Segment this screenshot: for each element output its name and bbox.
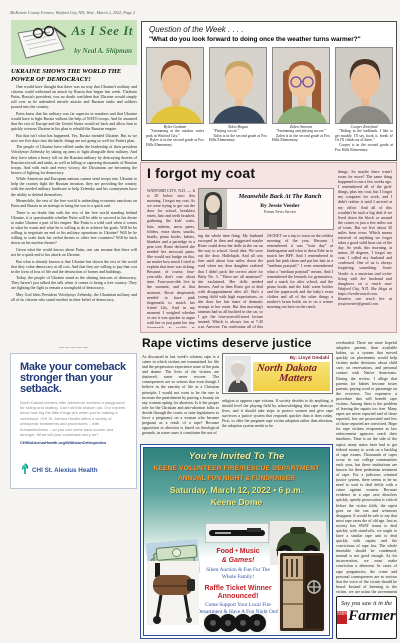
veeder-column-panel: I forgot my coat WATFORD CITY, N.D. — It… — [140, 162, 397, 333]
qow-question: "What do you look forward to doing once … — [149, 36, 361, 43]
respondent-photo — [272, 47, 330, 124]
editorial-paragraph: While American and European nations cann… — [11, 176, 137, 196]
omdahl-col-1: As discussed in last week's column, rape… — [142, 354, 219, 441]
respondent-card: Talon Hagan "Playing soccer." Talon is i… — [209, 47, 267, 153]
veeder-col-3: JACKET on a trip to town on the coldest … — [267, 233, 333, 328]
page-folio-line: McKenzie County Farmer, Watford City, ND… — [10, 10, 135, 15]
keene-silent-auction-line: Silent Auction & Fun For The Whole Famil… — [199, 567, 277, 580]
editorial-paragraph: Given what the world knows about Putin, … — [11, 247, 137, 257]
respondent-card: Cooper Zwiefend "Riding in the badlands.… — [335, 47, 393, 153]
question-of-week-box: Question of the Week . . . . "What do yo… — [141, 21, 397, 161]
chi-health-ad: Make your comeback stronger than your se… — [10, 353, 137, 489]
veeder-bio: Jessie Veeder is a musician and writer l… — [338, 265, 392, 306]
keene-games-line: & Games! — [203, 557, 273, 564]
editorial-paragraph: The people of Ukraine have rallied under… — [11, 144, 137, 174]
newspaper-pen-icon — [14, 23, 70, 67]
veeder-col-1: WATFORD CITY, N.D. — It is 20 below zero… — [147, 188, 195, 328]
chi-logo-text: CHI St. Alexius Health — [32, 467, 98, 474]
newspaper-page: McKenzie County Farmer, Watford City, ND… — [0, 0, 400, 643]
veeder-column-header: Meanwhile Back At The Ranch By Jessie Ve… — [198, 188, 334, 230]
qow-title: Question of the Week . . . . — [149, 25, 244, 34]
editorial-paragraph: May God bless President Volodymyr Zelens… — [11, 292, 137, 302]
respondent-photo — [335, 47, 393, 124]
omdahl-headline: Rape victims deserve justice — [142, 336, 312, 350]
editorial-paragraph: But what is already known is that Ukrain… — [11, 259, 137, 274]
as-i-see-it-byline: by Neal A. Shipman — [74, 47, 132, 55]
keene-raffle-line: Raffle Ticket Winner Announced! — [196, 585, 280, 600]
respondent-card: Zalen Arnesen "Swimming and playing socc… — [272, 47, 330, 153]
farmer-house-ad: Say you saw it in the McKENZIE COUNTY Fa… — [336, 596, 397, 639]
editorial-paragraph: Meanwhile, the rest of the free world is… — [11, 198, 137, 208]
respondent-bio: Zalen is in the second grade at Fox Hill… — [272, 134, 330, 143]
omdahl-col-3: overhauled. There are more hopeful adopt… — [336, 340, 397, 593]
omdahl-col-2: religion to oppress rape victims. If soc… — [222, 398, 333, 442]
chi-logo: CHI St. Alexius Health — [20, 461, 98, 479]
keene-department-line: KEENE VOLUNTEER FIRE/RESCUE DEPARTMENT — [144, 465, 329, 472]
farmer-brand: Farmer — [348, 610, 396, 624]
respondent-bio: Rylee is in the second grade at Fox Hill… — [146, 138, 204, 147]
editorial-paragraph: Putin knew that his military was far sup… — [11, 111, 137, 131]
veeder-headline: I forgot my coat — [147, 165, 255, 181]
keene-ad-header: You're Invited To The KEENE VOLUNTEER FI… — [144, 451, 329, 507]
keene-date-line: Saturday, March 12, 2022 • 6 p.m. — [144, 485, 329, 495]
column-service: Forum News Service — [227, 210, 333, 214]
column-byline: By Jessie Veeder — [227, 203, 333, 209]
column-title: Meanwhile Back At The Ranch — [227, 193, 333, 200]
farmer-logo: McKENZIE COUNTY Farmer — [339, 610, 394, 624]
respondent-photo — [146, 47, 204, 124]
lloyd-omdahl-photo — [225, 356, 251, 392]
ndm-line2: Matters — [252, 374, 330, 384]
respondent-bio: Cooper is in the second grade at Fox Hil… — [335, 143, 393, 152]
chi-ad-headline: Make your comeback stronger than your se… — [20, 362, 127, 396]
editorial-body: One would have thought that there was no… — [11, 84, 137, 344]
editorial-paragraph: Today, the people of Ukraine stand as th… — [11, 275, 137, 290]
pellet-grill-photo — [147, 561, 199, 625]
chi-ad-url: CHIStAlexiusHealth.org/WillistonOrthoped… — [20, 440, 127, 445]
keene-event-line: ANNUAL FUN NIGHT & FUNDRAISER — [144, 475, 329, 482]
respondent-photo — [209, 47, 267, 124]
north-dakota-matters-logo: North Dakota Matters — [253, 362, 330, 391]
veeder-col-4: things. So maybe there wasn't room for m… — [338, 169, 392, 329]
editorial-headline: UKRAINE SHOWS THE WORLD THE POWER OF DEM… — [11, 68, 137, 84]
veeder-col-2: ing the whole time thing. My husband swo… — [198, 233, 263, 328]
respondent-quote: "Riding in the badlands. I like to get m… — [335, 129, 393, 143]
farmer-tagline: Say you saw it in the — [339, 600, 394, 607]
editorial-paragraph: One would have thought that there was no… — [11, 84, 137, 109]
veeder-titles: Meanwhile Back At The Ranch By Jessie Ve… — [227, 189, 333, 229]
column-divider: ————— — [11, 346, 137, 351]
respondent-quote: "Swimming at the outdoor water park in W… — [146, 129, 204, 138]
tires-photo — [203, 613, 267, 633]
qow-cards: Rylee Graham "Swimming at the outdoor wa… — [146, 47, 393, 153]
gun-safe-photo — [278, 551, 326, 633]
omdahl-byline-box: By: Lloyd Omdahl North Dakota Matters — [222, 353, 333, 394]
rifle-photo — [205, 523, 269, 543]
respondent-card: Rylee Graham "Swimming at the outdoor wa… — [146, 47, 204, 153]
keene-invite-line: You're Invited To The — [144, 451, 329, 462]
chi-ad-body: North Dakota winters offer adventure see… — [20, 400, 127, 438]
keene-venue-line: Keene Dome — [144, 497, 329, 507]
editorial-paragraph: But that isn't what has happened. Yes, R… — [11, 133, 137, 143]
jessie-veeder-photo — [199, 189, 227, 229]
editorial-paragraph: There is no doubt that with the rest of … — [11, 210, 137, 246]
as-i-see-it-masthead: As I See It by Neal A. Shipman — [11, 20, 137, 65]
respondent-bio: Talon is in the second grade at Fox Hill… — [209, 134, 267, 143]
keene-fundraiser-ad: You're Invited To The KEENE VOLUNTEER FI… — [140, 444, 333, 639]
chi-leaf-icon — [20, 461, 30, 479]
farmer-county-badge: McKENZIE COUNTY — [337, 611, 347, 624]
as-i-see-it-title: As I See It — [72, 23, 133, 39]
omdahl-byline: By: Lloyd Omdahl — [290, 355, 329, 360]
keene-food-line: Food • Music — [203, 548, 273, 555]
